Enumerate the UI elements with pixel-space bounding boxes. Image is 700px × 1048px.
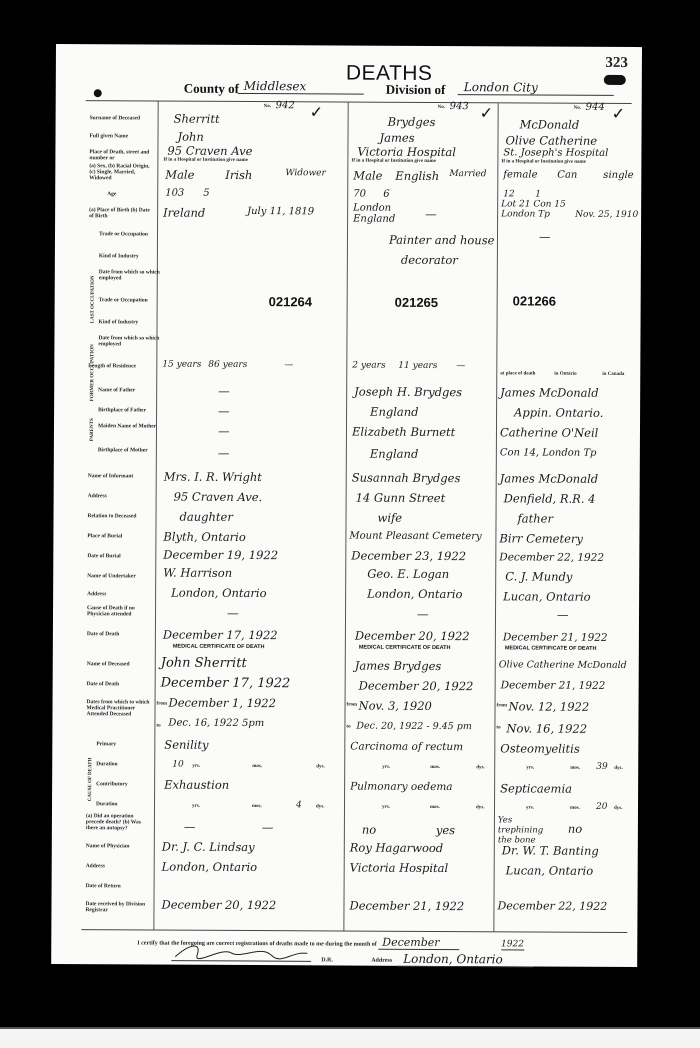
industry: decorator [401, 253, 458, 267]
racial-origin: Can [557, 170, 577, 181]
burial-place: Blyth, Ontario [163, 530, 245, 544]
father-birthplace: — [218, 404, 230, 418]
label-received-date: Date received by Division Registrar [85, 901, 151, 913]
in-canada-label: in Canada [602, 372, 624, 377]
death-date: December 21, 1922 [503, 631, 608, 644]
label-mother-birthplace: Birthplace of Mother [98, 447, 164, 453]
father-name: James McDonald [500, 385, 598, 400]
trade: — [539, 230, 551, 244]
label-given-name: Full given Name [90, 133, 156, 139]
checkmark-icon: ✓ [612, 104, 626, 124]
medical-certificate-header: MEDICAL CERTIFICATE OF DEATH [359, 645, 451, 651]
informant: Mrs. I. R. Wright [164, 470, 262, 485]
cause-no-physician: — [227, 606, 239, 620]
label-duration: Duration [96, 761, 162, 767]
given-name: John [177, 130, 203, 144]
mother-birthplace: Con 14, London Tp [500, 447, 597, 459]
county-value: Middlesex [238, 79, 364, 95]
undertaker: W. Harrison [163, 566, 232, 580]
label-operation-autopsy: (a) Did an operation precede death? (b) … [86, 813, 152, 831]
residence-place: 2 years [352, 361, 385, 371]
attended-from: Nov. 3, 1920 [359, 699, 432, 713]
label-med-name: Name of Deceased [87, 661, 153, 667]
physician: Roy Hagarwood [350, 841, 443, 855]
autopsy: no [568, 822, 582, 836]
mother-maiden: — [218, 424, 230, 438]
med-death-date: December 20, 1922 [359, 679, 474, 694]
undertaker-address: Lucan, Ontario [503, 589, 591, 603]
registration-number: 021266 [513, 293, 556, 308]
cause-contributory: Septicaemia [500, 781, 572, 795]
label-contributory: Contributory [96, 781, 162, 787]
residence-canada: — [284, 360, 293, 370]
registration-number: 021264 [269, 294, 312, 309]
label-burial-place: Place of Burial [87, 533, 153, 539]
burial-date: December 22, 1922 [499, 551, 604, 564]
label-cause-group: CAUSE OF DEATH [88, 758, 93, 802]
age-months: 6 [383, 189, 389, 200]
hospital-note: If in a Hospital or Institution give nam… [501, 159, 586, 164]
birthplace: Ireland [163, 206, 205, 220]
marital-status: single [603, 170, 633, 181]
sex: Male [165, 168, 194, 182]
dys-unit: dys. [316, 764, 325, 769]
informant: James McDonald [500, 471, 598, 486]
yrs-unit: yrs. [382, 765, 390, 770]
label-primary: Primary [96, 741, 162, 747]
label-column: Surname of Deceased Full given Name Plac… [81, 101, 157, 929]
undertaker: C. J. Mundy [505, 569, 572, 583]
med-death-date: December 21, 1922 [501, 679, 606, 692]
undertaker: Geo. E. Logan [367, 567, 449, 581]
physician: Dr. W. T. Banting [502, 843, 599, 858]
birth-date: Nov. 25, 1910 [575, 210, 638, 220]
surname: McDonald [520, 117, 580, 131]
burial-date: December 19, 1922 [163, 548, 278, 563]
physician: Dr. J. C. Lindsay [162, 840, 255, 854]
label-last-occupation-group: LAST OCCUPATION [91, 276, 96, 324]
father-name: — [218, 384, 230, 398]
received-date: December 21, 1922 [349, 899, 464, 914]
father-birthplace: Appin. Ontario. [514, 405, 603, 419]
yrs-unit: yrs. [526, 805, 534, 810]
undertaker-address: London, Ontario [171, 586, 266, 600]
residence-canada: — [456, 361, 465, 371]
dys-unit: dys. [614, 806, 623, 811]
yrs-unit: yrs. [192, 804, 200, 809]
yrs-unit: yrs. [192, 764, 200, 769]
marital-status: Married [449, 169, 486, 179]
label-date-employed-former: Date from which so which employed [98, 335, 164, 347]
label-residence: Length of Residence [88, 363, 154, 369]
label-informant: Name of Informant [88, 473, 154, 479]
racial-origin: Irish [225, 168, 252, 182]
yrs-unit: yrs. [382, 805, 390, 810]
label-parents-group: PARENTS [90, 418, 95, 441]
primary-duration-days: 39 [596, 762, 608, 772]
attended-from-label: from [497, 703, 507, 708]
label-place-of-death: Place of Death, street and number or [89, 149, 155, 161]
label-relation: Relation to Deceased [88, 513, 154, 519]
attended-to-label: to [346, 725, 350, 730]
attended-to: Dec. 16, 1922 5pm [168, 718, 264, 730]
cause-no-physician: — [417, 607, 429, 621]
mother-birthplace: England [370, 447, 419, 461]
attended-to: Dec. 20, 1922 - 9.45 pm [356, 721, 471, 733]
mos-unit: mos. [570, 806, 580, 811]
county-label: County of [184, 81, 239, 97]
label-industry: Kind of Industry [99, 253, 165, 259]
label-med-death-date: Date of Death [87, 681, 153, 687]
label-informant-address: Address [88, 493, 154, 499]
label-burial-date: Date of Burial [87, 553, 153, 559]
attended-from-label: from [347, 703, 357, 708]
page-number: 323 [605, 55, 628, 72]
dys-unit: dys. [316, 804, 325, 809]
cause-primary: Carcinoma of rectum [350, 741, 463, 754]
mother-maiden: Catherine O'Neil [500, 425, 598, 440]
autopsy: yes [436, 823, 455, 837]
age-years: 12 [503, 189, 515, 199]
father-birthplace: England [370, 405, 419, 419]
mother-birthplace: — [218, 446, 230, 460]
operation: Yes trephining the bone [498, 815, 558, 845]
surname: Brydges [388, 115, 436, 129]
attended-from: Nov. 12, 1922 [509, 699, 590, 713]
physician-address: Lucan, Ontario [506, 863, 594, 877]
racial-origin: English [395, 169, 439, 183]
death-date: December 20, 1922 [355, 629, 470, 644]
primary-duration-years: 10 [172, 760, 184, 770]
operation: — [184, 820, 196, 834]
age-months: 5 [203, 188, 209, 199]
registrar-signature [171, 941, 311, 964]
mos-unit: mos. [252, 764, 262, 769]
division-label: Division of [386, 82, 446, 98]
med-name: Olive Catherine McDonald [499, 659, 627, 671]
death-register-page: 323 DEATHS County of Middlesex Division … [51, 44, 642, 967]
place-of-death: St. Joseph's Hospital [503, 147, 608, 159]
label-return-date: Date of Return [86, 883, 152, 889]
surname: Sherritt [174, 112, 220, 126]
informant-address: 95 Craven Ave. [174, 490, 263, 504]
medical-certificate-header: MEDICAL CERTIFICATE OF DEATH [505, 645, 597, 651]
register-grid: Surname of Deceased Full given Name Plac… [81, 100, 631, 933]
given-name: Olive Catherine [505, 133, 597, 147]
label-father-birthplace: Birthplace of Father [98, 407, 164, 413]
residence-place: 15 years [162, 360, 201, 370]
scanner-edge [0, 1027, 700, 1048]
certify-month: December [378, 936, 459, 950]
attended-to-label: to [156, 724, 160, 729]
label-attended: Dates from which to which Medical Practi… [86, 699, 152, 717]
physician-address: Victoria Hospital [350, 861, 449, 876]
residence-ontario: 11 years [398, 361, 437, 371]
informant-address: Denfield, R.R. 4 [504, 491, 596, 505]
birth-date: July 11, 1819 [247, 206, 314, 217]
mos-unit: mos. [430, 805, 440, 810]
label-undertaker-address: Address [87, 591, 153, 597]
med-name: James Brydges [355, 659, 442, 673]
dys-unit: dys. [476, 765, 485, 770]
cause-primary: Osteomyelitis [500, 741, 580, 755]
cause-no-physician: — [557, 608, 569, 622]
attended-from: December 1, 1922 [169, 696, 276, 711]
division-registrar-label: D.R. [321, 957, 333, 963]
age-months: 1 [535, 190, 541, 200]
physician-address: London, Ontario [162, 860, 257, 874]
given-name: James [379, 131, 414, 145]
marital-status: Widower [285, 168, 326, 178]
address-label: Address [371, 958, 392, 964]
relation: daughter [179, 510, 232, 524]
binder-hole [94, 89, 102, 97]
label-sex-origin-status: (a) Sex, (b) Racial Origin, (c) Single, … [89, 163, 155, 181]
contributory-duration-days: 4 [296, 800, 302, 810]
entry-number-prefix: No. [264, 104, 271, 109]
birthplace: London England [353, 203, 413, 225]
mos-unit: mos. [430, 765, 440, 770]
label-industry-former: Kind of Industry [99, 319, 165, 325]
entry-number: 943 [450, 101, 469, 112]
burial-place: Birr Cemetery [499, 531, 583, 545]
entry-column: No. 942 ✓ Sherritt John 95 Craven Ave If… [155, 102, 345, 931]
registration-number: 021265 [395, 295, 438, 310]
place-of-death: 95 Craven Ave [167, 144, 252, 158]
death-date: December 17, 1922 [163, 628, 278, 643]
cause-contributory: Exhaustion [164, 778, 229, 792]
label-mother-maiden: Maiden Name of Mother [98, 423, 164, 429]
label-undertaker: Name of Undertaker [87, 573, 153, 579]
med-name: John Sherritt [161, 656, 247, 671]
division-value: London City [458, 80, 614, 96]
label-former-occupation-group: FORMER OCCUPATION [90, 344, 95, 401]
mother-maiden: Elizabeth Burnett [352, 425, 455, 440]
label-cause-no-physician: Cause of Death if no Physician attended [87, 605, 153, 617]
sex: Male [353, 169, 382, 183]
burial-date: December 23, 1922 [351, 549, 466, 564]
relation: father [517, 511, 553, 525]
label-physician-address: Address [86, 863, 152, 869]
entry-number-prefix: No. [438, 105, 445, 110]
entry-column: No. 943 ✓ Brydges James Victoria Hospita… [345, 103, 495, 932]
yrs-unit: yrs. [526, 765, 534, 770]
residence-ontario: 86 years [208, 360, 247, 370]
received-date: December 22, 1922 [497, 899, 607, 913]
label-trade: Trade or Occupation [99, 231, 165, 237]
registrar-address: London, Ontario [397, 952, 533, 968]
attended-to-label: to [496, 725, 500, 730]
informant-address: 14 Gunn Street [356, 491, 446, 505]
age-years: 70 [353, 189, 366, 200]
operation: no [362, 823, 376, 837]
trade: Painter and house [389, 233, 495, 248]
mos-unit: mos. [252, 804, 262, 809]
relation: wife [377, 511, 402, 525]
entry-column: No. 944 ✓ McDonald Olive Catherine St. J… [495, 103, 631, 932]
at-place-label: at place of death [500, 371, 535, 376]
label-death-date: Date of Death [87, 631, 153, 637]
med-death-date: December 17, 1922 [161, 676, 291, 692]
birth-date: — [425, 207, 437, 221]
attended-to: Nov. 16, 1922 [506, 721, 587, 735]
received-date: December 20, 1922 [161, 898, 276, 913]
hospital-note: If in a Hospital or Institution give nam… [351, 159, 436, 164]
burial-place: Mount Pleasant Cemetery [349, 531, 481, 543]
birthplace: Lot 21 Con 15 London Tp [501, 199, 567, 219]
father-name: Joseph H. Brydges [354, 385, 462, 400]
checkmark-icon: ✓ [480, 103, 494, 123]
entry-number: 944 [586, 102, 605, 113]
informant: Susannah Brydges [352, 471, 461, 486]
label-trade-former: Trade or Occupation [99, 297, 165, 303]
label-father-name: Name of Father [98, 387, 164, 393]
place-of-death: Victoria Hospital [357, 145, 456, 160]
age-years: 103 [165, 188, 184, 199]
cause-primary: Senility [164, 738, 208, 752]
entry-number: 942 [276, 100, 295, 111]
label-duration-contributory: Duration [96, 801, 162, 807]
medical-certificate-header: MEDICAL CERTIFICATE OF DEATH [173, 644, 265, 650]
hospital-note: If in a Hospital or Institution give nam… [163, 158, 248, 163]
certify-year: 1922 [501, 939, 524, 950]
dys-unit: dys. [614, 766, 623, 771]
entry-number-prefix: No. [574, 106, 581, 111]
dys-unit: dys. [476, 805, 485, 810]
undertaker-address: London, Ontario [367, 587, 462, 601]
sex: female [503, 169, 537, 180]
mos-unit: mos. [570, 766, 580, 771]
attended-from-label: from [157, 702, 167, 707]
label-surname: Surname of Deceased [90, 115, 156, 121]
autopsy: — [262, 820, 274, 834]
label-physician: Name of Physician [86, 843, 152, 849]
label-date-employed: Date from which so which employed [99, 269, 165, 281]
cause-contributory: Pulmonary oedema [350, 781, 453, 794]
checkmark-icon: ✓ [310, 102, 324, 122]
contributory-duration-days: 20 [596, 802, 608, 812]
in-ontario-label: in Ontario [554, 372, 576, 377]
label-birthplace-date: (a) Place of Birth (b) Date of Birth [89, 207, 155, 219]
